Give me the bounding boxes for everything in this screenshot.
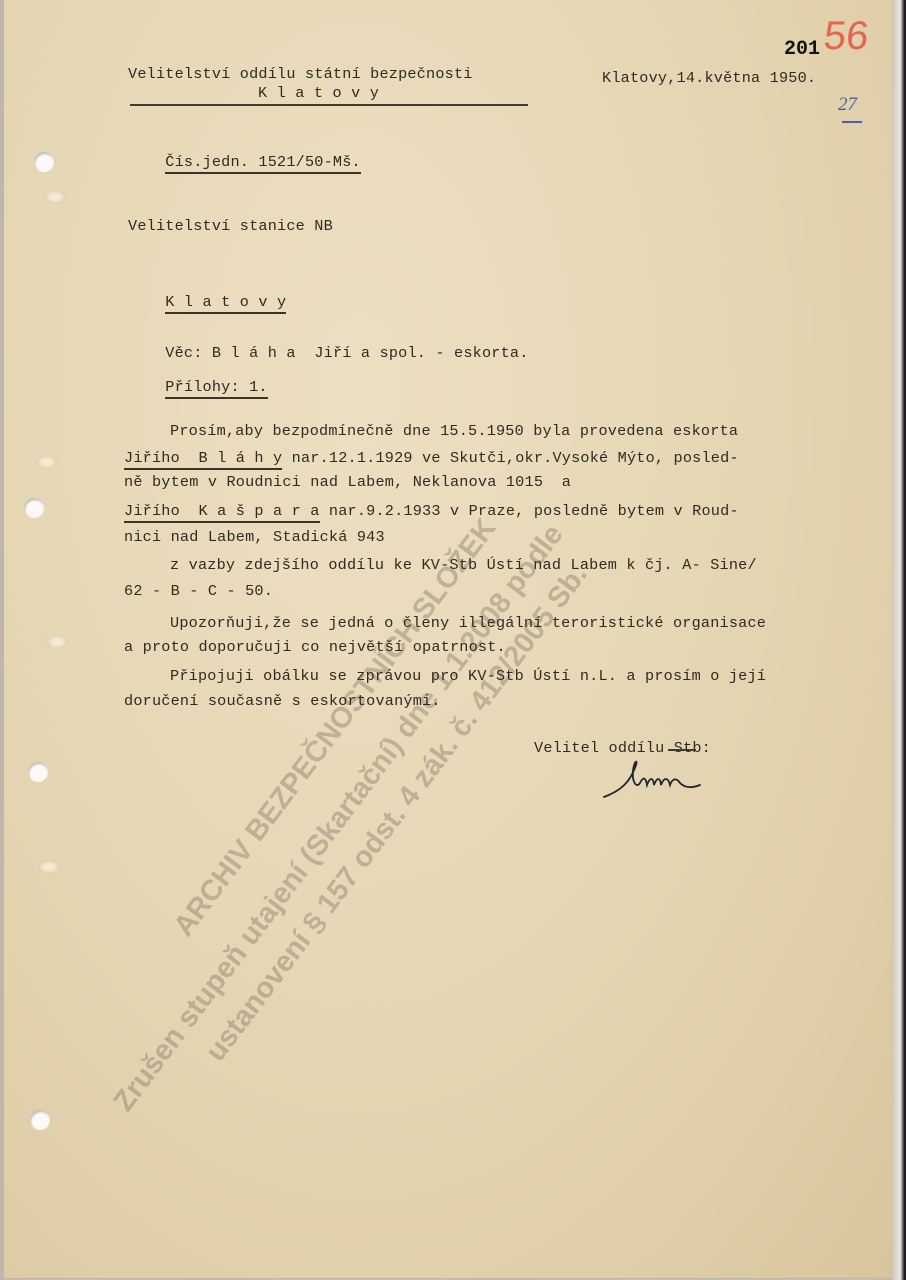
punch-hole bbox=[30, 1110, 50, 1130]
issuer-line-1: Velitelství oddílu státní bezpečnosti bbox=[128, 64, 473, 84]
page-stamp-typed: 201 bbox=[784, 38, 820, 61]
paper-dent bbox=[36, 455, 58, 469]
paper-dent bbox=[38, 860, 60, 874]
punch-hole bbox=[34, 152, 54, 172]
person-2-name: Jiřího K a š p a r a bbox=[124, 502, 320, 523]
place-date: Klatovy,14.května 1950. bbox=[602, 68, 816, 88]
paper-dent bbox=[46, 635, 68, 649]
blue-annotation: 27 bbox=[838, 94, 857, 116]
body-line-11: doručení současně s eskortovanými. bbox=[124, 691, 441, 711]
punch-hole bbox=[24, 498, 44, 518]
body-line-4: Jiřího K a š p a r a nar.9.2.1933 v Praz… bbox=[124, 501, 739, 521]
watermark-line-2: Zrušen stupeň utajení (Skartační) dne 1.… bbox=[108, 519, 571, 1118]
body-line-6: z vazby zdejšího oddílu ke KV-Stb Ústí n… bbox=[170, 555, 757, 575]
handwritten-signature-icon bbox=[600, 755, 710, 803]
document-page: ARCHIV BEZPEČNOSTNÍCH SLOŽEK Zrušen stup… bbox=[4, 0, 894, 1278]
body-line-7: 62 - B - C - 50. bbox=[124, 581, 273, 601]
body-line-3: ně bytem v Roudnici nad Labem, Neklanova… bbox=[124, 472, 571, 492]
body-line-4-text: nar.9.2.1933 v Praze, posledně bytem v R… bbox=[320, 502, 739, 520]
header-divider bbox=[130, 104, 528, 106]
blue-annotation-underline bbox=[842, 121, 862, 123]
body-line-9: a proto doporučuji co největší opatrnost… bbox=[124, 637, 506, 657]
recipient-city: K l a t o v y bbox=[165, 293, 286, 314]
body-line-2: Jiřího B l á h y nar.12.1.1929 ve Skutči… bbox=[124, 448, 739, 468]
body-line-10: Připojuji obálku se zprávou pro KV-Stb Ú… bbox=[170, 666, 766, 686]
page-right-edge bbox=[892, 0, 906, 1280]
recipient-line-1: Velitelství stanice NB bbox=[128, 216, 333, 236]
body-line-5: nici nad Labem, Stadická 943 bbox=[124, 527, 385, 547]
attachments-text: Přílohy: 1. bbox=[165, 378, 267, 399]
punch-hole bbox=[28, 762, 48, 782]
body-line-8: Upozorňuji,že se jedná o členy illegální… bbox=[170, 613, 766, 633]
reference-number-text: Čís.jedn. 1521/50-Mš. bbox=[165, 153, 361, 174]
body-line-2-text: nar.12.1.1929 ve Skutči,okr.Vysoké Mýto,… bbox=[282, 449, 738, 467]
issuer-line-2: K l a t o v y bbox=[258, 83, 379, 103]
body-line-1: Prosím,aby bezpodmínečně dne 15.5.1950 b… bbox=[170, 421, 738, 441]
person-1-name: Jiřího B l á h y bbox=[124, 449, 282, 470]
strikethrough-mark bbox=[668, 749, 696, 751]
reference-number: Čís.jedn. 1521/50-Mš. bbox=[128, 132, 361, 192]
attachments-line: Přílohy: 1. bbox=[128, 357, 268, 417]
paper-dent bbox=[44, 190, 66, 204]
page-stamp-red: 56 bbox=[822, 14, 871, 59]
